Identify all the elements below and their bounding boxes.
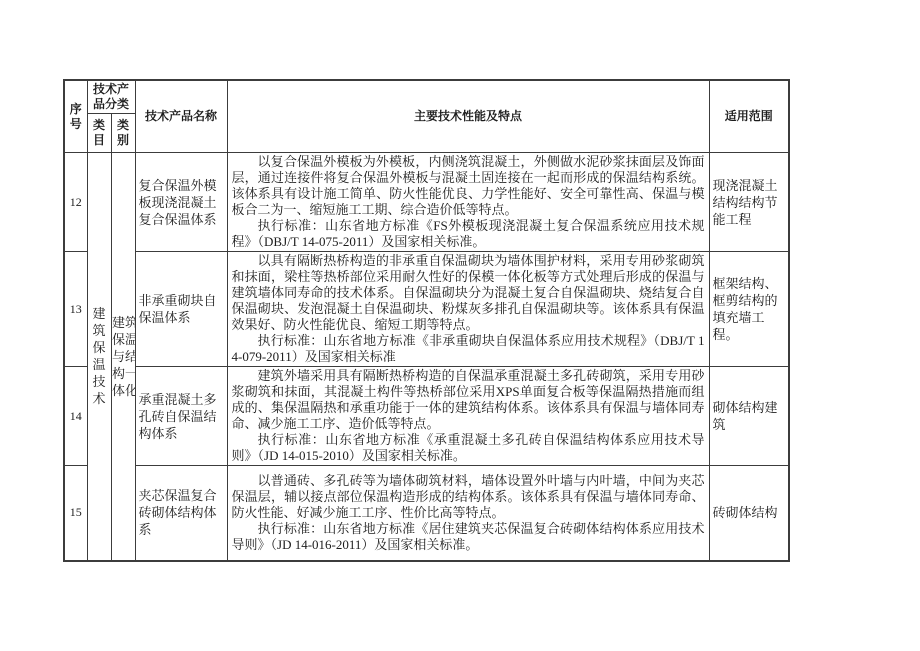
performance-standard: 执行标准：山东省地方标准《承重混凝土多孔砖自保温结构体系应用技术导则》（JD 1…	[232, 432, 705, 464]
header-scope: 适用范围	[709, 80, 789, 153]
subcategory-vertical-text: 建筑保温与结构一体化	[112, 314, 136, 399]
header-category-group: 技术产品分类	[87, 80, 135, 114]
table-row-12: 12 建筑保温技术 建筑保温与结构一体化 复合保温外模板现浇混凝土复合保温体系 …	[64, 153, 789, 252]
product-name-cell: 承重混凝土多孔砖自保温结构体系	[135, 367, 227, 466]
category-cell: 建筑保温技术	[87, 153, 111, 561]
performance-standard: 执行标准：山东省地方标准《非承重砌块自保温体系应用技术规程》（DBJ/T 14-…	[232, 333, 705, 365]
table-row-15: 15 夹芯保温复合砖砌体结构体系 以普通砖、多孔砖等为墙体砌筑材料，墙体设置外叶…	[64, 466, 789, 561]
performance-cell: 以普通砖、多孔砖等为墙体砌筑材料，墙体设置外叶墙与内叶墙，中间为夹芯保温层，辅以…	[227, 466, 709, 561]
performance-standard: 执行标准：山东省地方标准《FS外模板现浇混凝土复合保温系统应用技术规程》（DBJ…	[232, 218, 705, 250]
performance-cell: 以复合保温外模板为外模板，内侧浇筑混凝土，外侧做水泥砂浆抹面层及饰面层，通过连接…	[227, 153, 709, 252]
header-category: 类目	[87, 114, 111, 153]
performance-description: 以普通砖、多孔砖等为墙体砌筑材料，墙体设置外叶墙与内叶墙，中间为夹芯保温层，辅以…	[232, 473, 705, 521]
serial-cell: 13	[64, 252, 87, 367]
header-performance: 主要技术性能及特点	[227, 80, 709, 153]
category-vertical-text: 建筑保温技术	[92, 305, 106, 407]
serial-cell: 14	[64, 367, 87, 466]
performance-cell: 建筑外墙采用具有隔断热桥构造的自保温承重混凝土多孔砖砌筑，采用专用砂浆砌筑和抹面…	[227, 367, 709, 466]
performance-description: 建筑外墙采用具有隔断热桥构造的自保温承重混凝土多孔砖砌筑，采用专用砂浆砌筑和抹面…	[232, 368, 705, 432]
serial-cell: 12	[64, 153, 87, 252]
header-row-top: 序号 技术产品分类 技术产品名称 主要技术性能及特点 适用范围	[64, 80, 789, 114]
performance-standard: 执行标准：山东省地方标准《居住建筑夹芯保温复合砖砌体结构体系应用技术导则》（JD…	[232, 521, 705, 553]
document-page: 序号 技术产品分类 技术产品名称 主要技术性能及特点 适用范围 类目 类别 12…	[63, 79, 790, 562]
table-row-14: 14 承重混凝土多孔砖自保温结构体系 建筑外墙采用具有隔断热桥构造的自保温承重混…	[64, 367, 789, 466]
scope-cell: 现浇混凝土结构结构节能工程	[709, 153, 789, 252]
header-product-name: 技术产品名称	[135, 80, 227, 153]
performance-cell: 以具有隔断热桥构造的非承重自保温砌块为墙体围护材料，采用专用砂浆砌筑和抹面，梁柱…	[227, 252, 709, 367]
performance-description: 以复合保温外模板为外模板，内侧浇筑混凝土，外侧做水泥砂浆抹面层及饰面层，通过连接…	[232, 154, 705, 218]
product-name-cell: 复合保温外模板现浇混凝土复合保温体系	[135, 153, 227, 252]
scope-cell: 框架结构、框剪结构的填充墙工程。	[709, 252, 789, 367]
table-row-13: 13 非承重砌块自保温体系 以具有隔断热桥构造的非承重自保温砌块为墙体围护材料，…	[64, 252, 789, 367]
header-subcategory: 类别	[111, 114, 135, 153]
serial-cell: 15	[64, 466, 87, 561]
header-serial: 序号	[64, 80, 87, 153]
product-name-cell: 夹芯保温复合砖砌体结构体系	[135, 466, 227, 561]
scope-cell: 砖砌体结构	[709, 466, 789, 561]
scope-cell: 砌体结构建筑	[709, 367, 789, 466]
product-name-cell: 非承重砌块自保温体系	[135, 252, 227, 367]
performance-description: 以具有隔断热桥构造的非承重自保温砌块为墙体围护材料，采用专用砂浆砌筑和抹面，梁柱…	[232, 253, 705, 333]
subcategory-cell: 建筑保温与结构一体化	[111, 153, 135, 561]
tech-products-table: 序号 技术产品分类 技术产品名称 主要技术性能及特点 适用范围 类目 类别 12…	[63, 79, 790, 562]
